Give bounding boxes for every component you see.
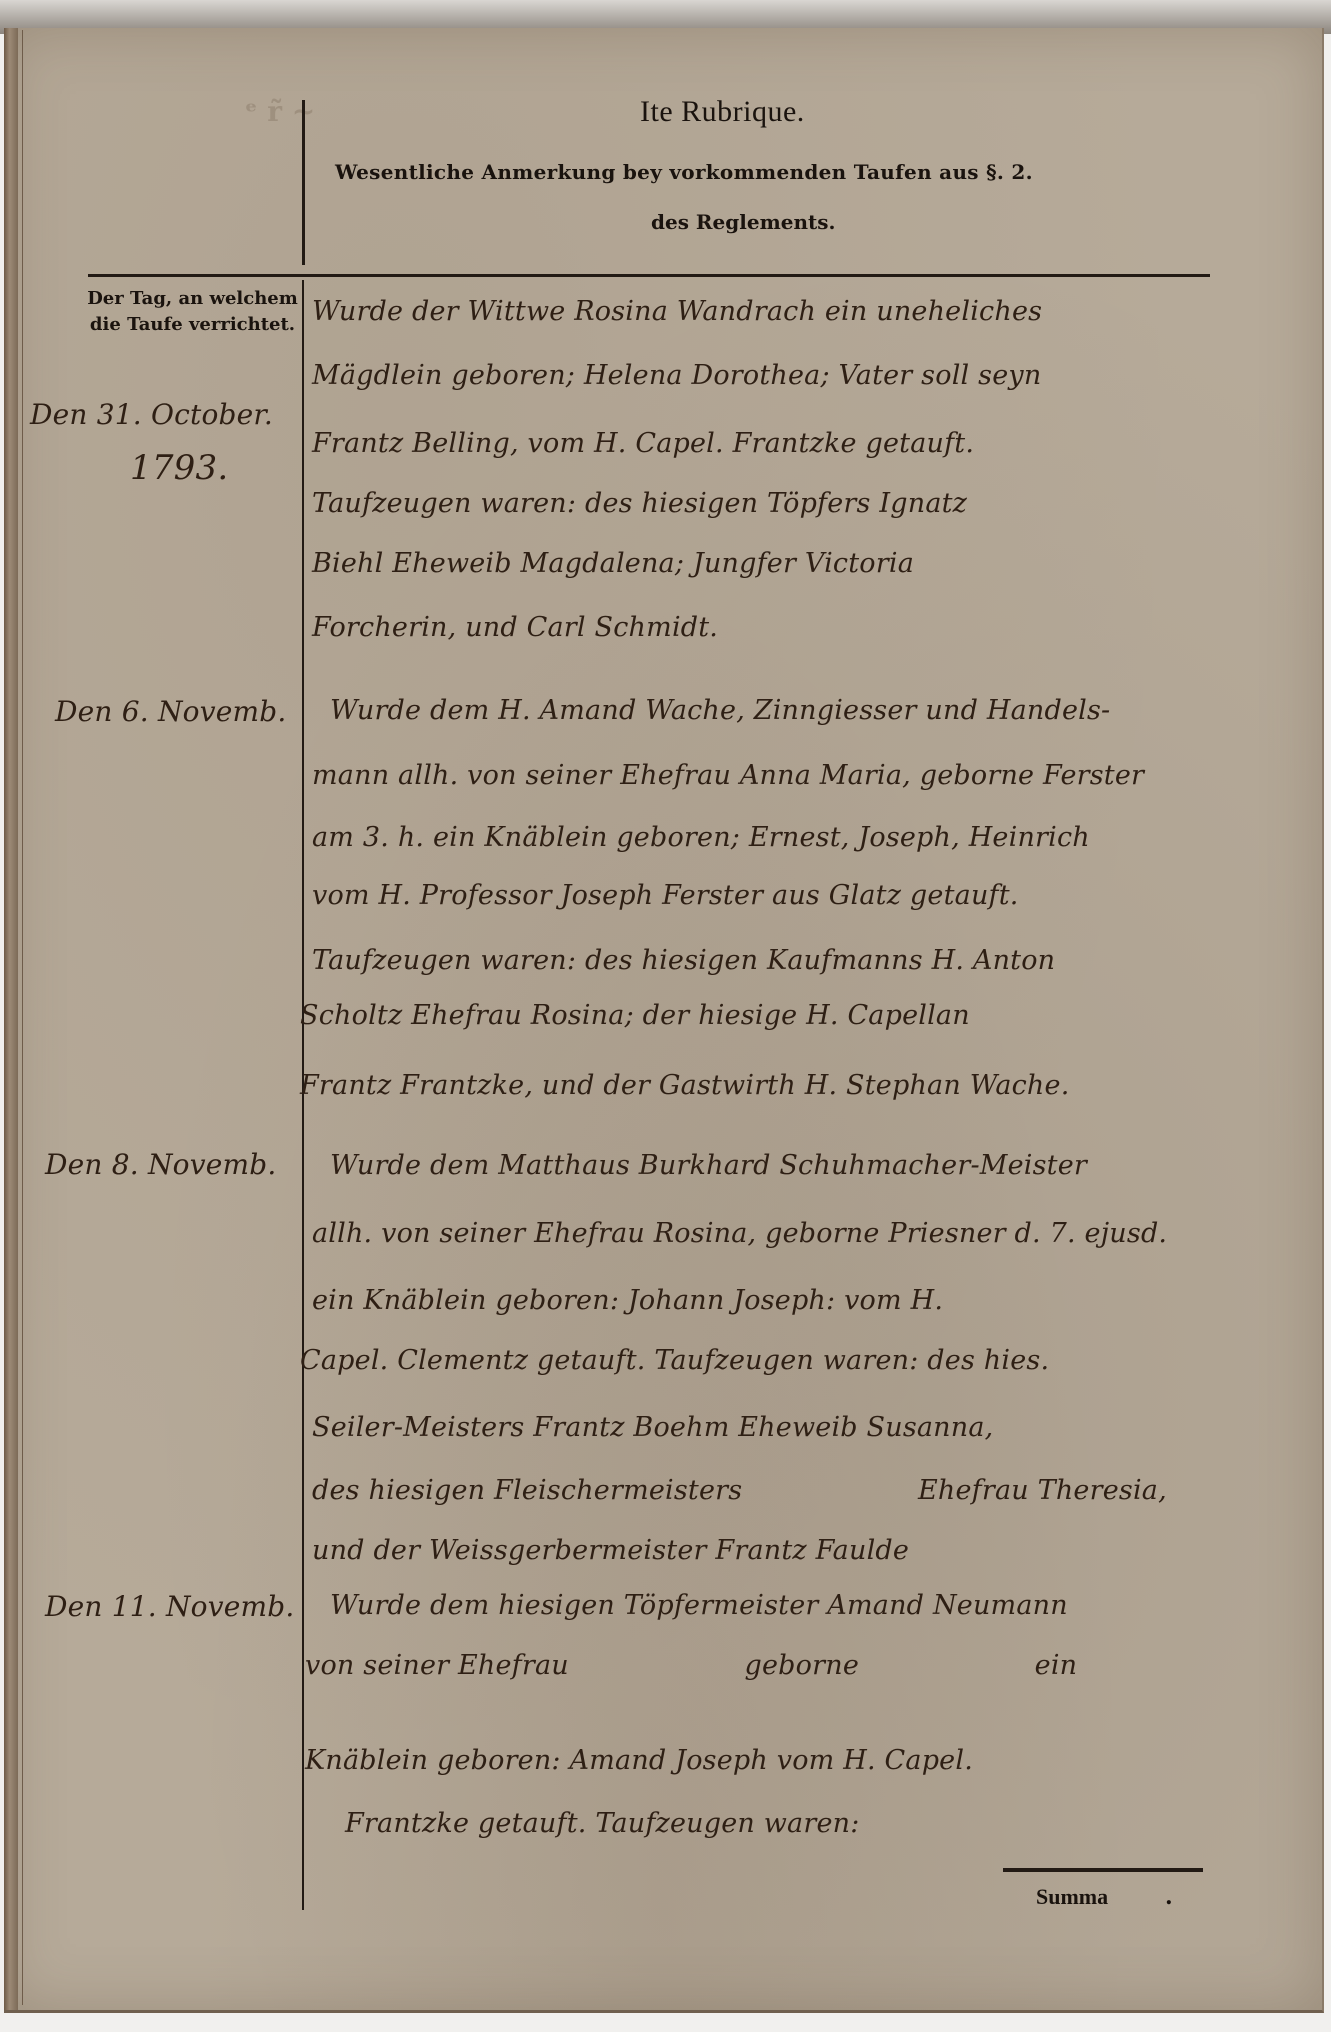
entry-line: vom H. Professor Joseph Ferster aus Glat… [312, 880, 1019, 911]
entry-line: Wurde dem H. Amand Wache, Zinngiesser un… [330, 695, 1110, 726]
entry-line: Wurde dem hiesigen Töpfermeister Amand N… [330, 1590, 1068, 1621]
entry-year: 1793. [130, 448, 228, 488]
entry-date: Den 31. October. [30, 398, 273, 431]
entry-line: Taufzeugen waren: des hiesigen Töpfers I… [312, 488, 967, 519]
entry-line: und der Weissgerbermeister Frantz Faulde [312, 1535, 909, 1566]
page-subtitle: Wesentliche Anmerkung bey vorkommenden T… [335, 160, 1033, 184]
header-vertical-rule [302, 100, 305, 265]
entry-line: Forcherin, und Carl Schmidt. [312, 612, 718, 643]
page-binding-edge [4, 28, 18, 2010]
entry-line: Biehl Eheweib Magdalena; Jungfer Victori… [312, 548, 914, 579]
entry-date: Den 8. Novemb. [45, 1148, 277, 1181]
page-title: Ite Rubrique. [640, 95, 805, 129]
header-horizontal-rule [88, 274, 1210, 277]
page-subtitle-continued: des Reglements. [651, 210, 835, 234]
entry-line: Frantzke getauft. Taufzeugen waren: [345, 1808, 860, 1839]
entry-line: Scholtz Ehefrau Rosina; der hiesige H. C… [300, 1000, 970, 1031]
entry-line: mann allh. von seiner Ehefrau Anna Maria… [312, 760, 1144, 791]
entry-date: Den 11. Novemb. [45, 1590, 295, 1623]
entry-line: Frantz Belling, vom H. Capel. Frantzke g… [312, 428, 974, 459]
entry-line: Taufzeugen waren: des hiesigen Kaufmanns… [312, 945, 1055, 976]
date-column-header: Der Tag, an welchem die Taufe verrichtet… [80, 286, 305, 338]
entry-line: Wurde der Wittwe Rosina Wandrach ein une… [312, 296, 1042, 327]
entry-date: Den 6. Novemb. [55, 695, 287, 728]
entry-line: am 3. h. ein Knäblein geboren; Ernest, J… [312, 822, 1090, 853]
entry-line: allh. von seiner Ehefrau Rosina, geborne… [312, 1218, 1167, 1249]
entry-line: ein Knäblein geboren: Johann Joseph: vom… [312, 1285, 943, 1316]
entry-line: Wurde dem Matthaus Burkhard Schuhmacher-… [330, 1150, 1087, 1181]
page-margin-line [22, 30, 23, 2005]
summa-label: Summa [1036, 1884, 1108, 1910]
summa-value: . [1165, 1884, 1173, 1910]
entry-line: des hiesigen Fleischermeisters Ehefrau T… [312, 1475, 1167, 1506]
entry-line: Seiler-Meisters Frantz Boehm Eheweib Sus… [312, 1412, 993, 1443]
entry-line: Capel. Clementz getauft. Taufzeugen ware… [300, 1345, 1049, 1376]
entry-line: von seiner Ehefrau geborne ein [305, 1650, 1077, 1681]
summa-rule [1003, 1868, 1203, 1872]
entry-line: Knäblein geboren: Amand Joseph vom H. Ca… [305, 1745, 973, 1776]
entry-line: Frantz Frantzke, und der Gastwirth H. St… [300, 1070, 1070, 1101]
entry-line: Mägdlein geboren; Helena Dorothea; Vater… [312, 360, 1041, 391]
